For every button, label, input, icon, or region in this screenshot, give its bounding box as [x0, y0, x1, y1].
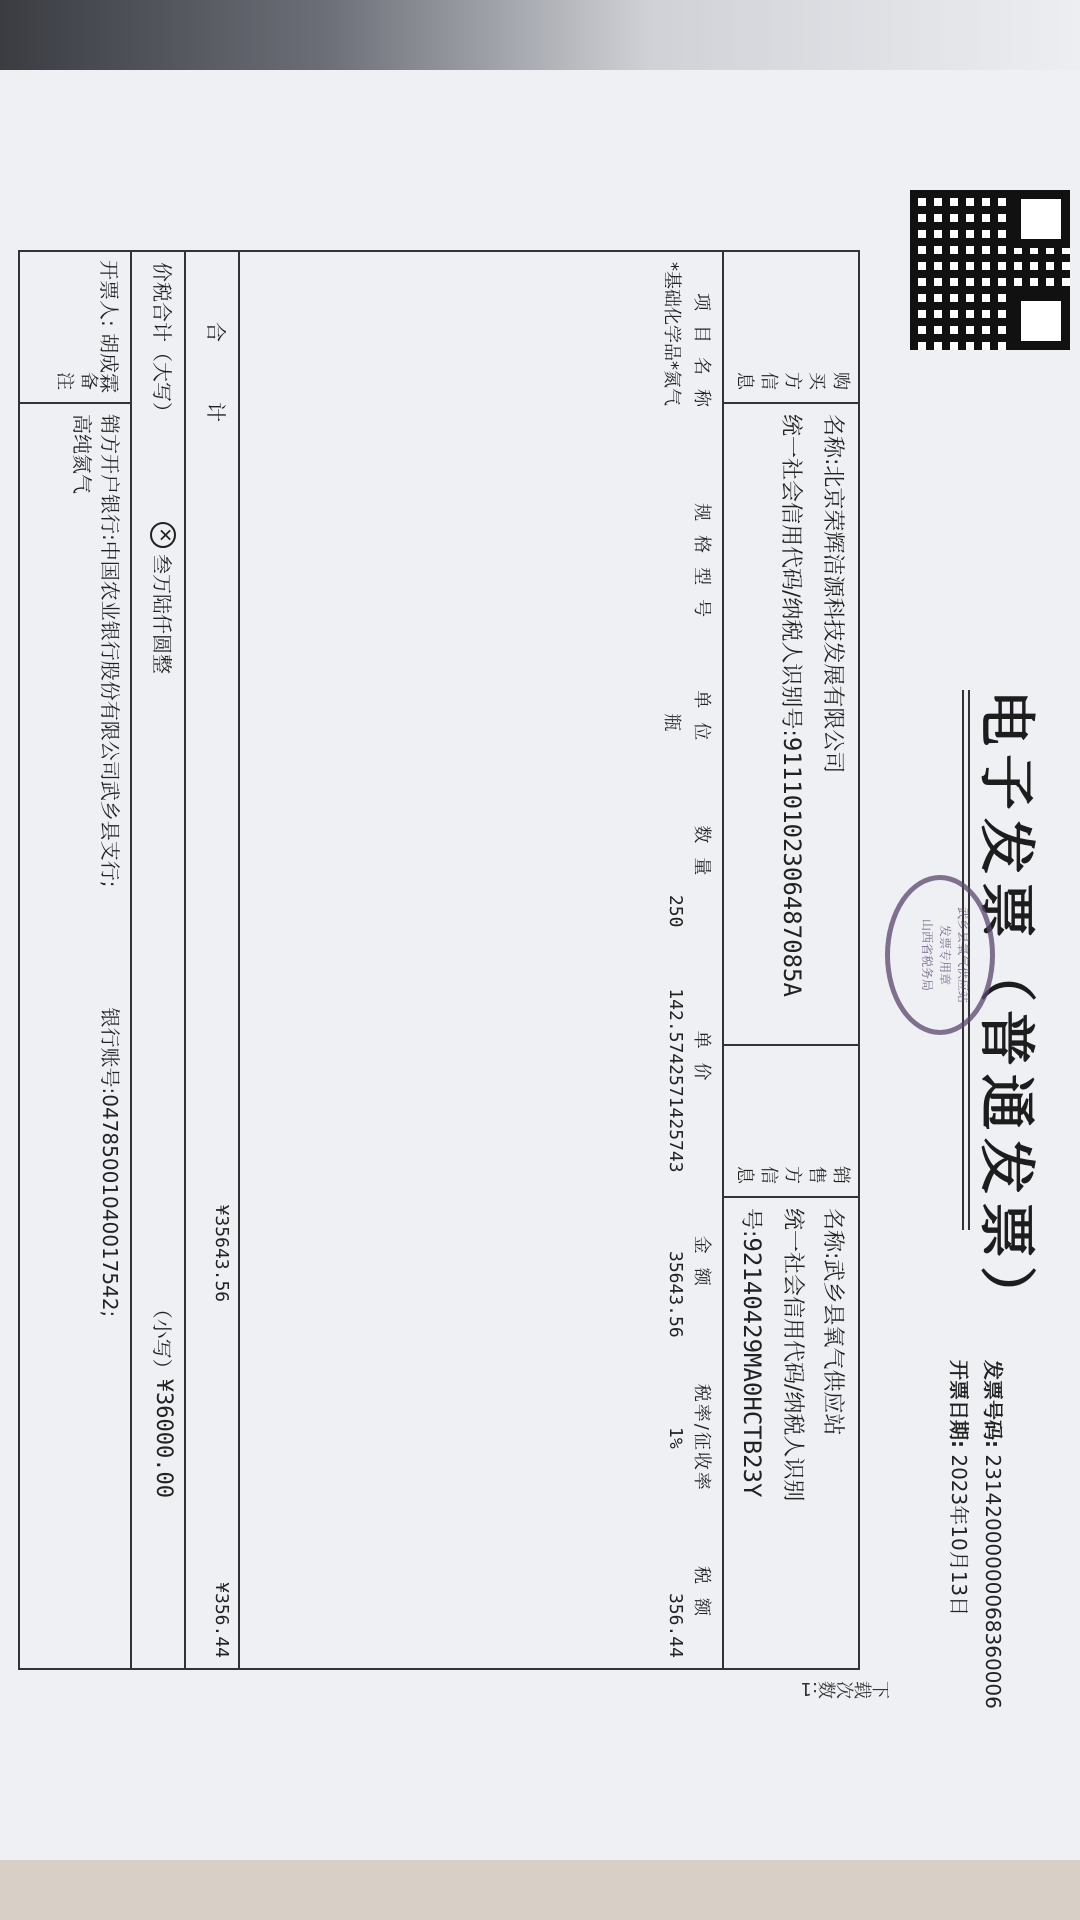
- grand-total-lower-label: （小写）: [149, 1299, 178, 1379]
- issuer-name: 胡成霖: [97, 333, 121, 393]
- invoice-document: 电子发票（普通发票） 武乡县氧气供应站 发票专用章 山西省税务局 发票号码: 2…: [90, 130, 1080, 1730]
- issue-date-label: 开票日期:: [947, 1360, 971, 1448]
- seal-line-3: 山西省税务局: [918, 880, 936, 1030]
- col-tax: 税额: [690, 1538, 716, 1658]
- item-quantity: 250: [660, 787, 686, 927]
- seal-line-2: 发票专用章: [936, 880, 954, 1030]
- official-seal: 武乡县氧气供应站 发票专用章 山西省税务局: [885, 875, 995, 1035]
- grand-total-cell: 价税合计（大写） ✕ 叁万陆仟圆整 （小写） ¥36000.00: [131, 251, 185, 1669]
- item-name: *基础化学品*氮气: [660, 262, 686, 452]
- qr-code: [910, 190, 1070, 350]
- issue-date-row: 开票日期: 2023年10月13日: [942, 1360, 976, 1709]
- remarks-row: 备注 销方开户银行:中国农业银行股份有限公司武乡县支行; 银行账号:047850…: [19, 251, 131, 1669]
- col-quantity: 数量: [690, 787, 716, 927]
- col-tax-rate: 税率/征收率: [690, 1363, 716, 1513]
- total-label: 合计: [203, 322, 232, 482]
- item-amount: 35643.56: [660, 1198, 686, 1338]
- grand-total: ¥36000.00: [151, 1379, 176, 1498]
- col-item-name: 项目名称: [690, 262, 716, 452]
- invoice-table: 购买方信息 名称:北京荣辉洁源科技发展有限公司 统一社会信用代码/纳税人识别号:…: [18, 250, 860, 1670]
- background-surface: [0, 1860, 1080, 1920]
- total-tax: ¥356.44: [203, 1582, 232, 1658]
- cross-circle-icon: ✕: [151, 522, 177, 548]
- remark-account: 银行账号:04785001040017542;: [96, 1007, 124, 1317]
- remarks-cell: 销方开户银行:中国农业银行股份有限公司武乡县支行; 银行账号:047850010…: [19, 403, 131, 1669]
- seller-name-label: 名称:: [820, 1208, 845, 1259]
- col-amount: 金额: [690, 1198, 716, 1338]
- buyer-tax-id: 91110102306487085A: [778, 737, 806, 997]
- col-unit: 单位: [690, 682, 716, 762]
- seller-section-label: 销售方信息: [723, 1045, 859, 1197]
- items-area: 项目名称 规格型号 单位 数量 单价 金额 税率/征收率 税额 *基础化学品*氮…: [239, 251, 723, 1669]
- total-cell: 合计 ¥35643.56 ¥356.44: [185, 251, 239, 1669]
- invoice-meta: 发票号码: 23142000000068360006 开票日期: 2023年10…: [942, 1360, 1010, 1709]
- parties-row: 购买方信息 名称:北京荣辉洁源科技发展有限公司 统一社会信用代码/纳税人识别号:…: [723, 251, 859, 1669]
- col-unit-price: 单价: [690, 953, 716, 1173]
- item-tax: 356.44: [660, 1538, 686, 1658]
- issue-date: 2023年10月13日: [947, 1454, 971, 1616]
- seller-name: 武乡县氧气供应站: [820, 1259, 845, 1435]
- item-unit-price: 142.5742571425743: [660, 953, 686, 1173]
- items-header: 项目名称 规格型号 单位 数量 单价 金额 税率/征收率 税额: [690, 262, 716, 1658]
- total-row: 合计 ¥35643.56 ¥356.44: [185, 251, 239, 1669]
- invoice-number-row: 发票号码: 23142000000068360006: [976, 1360, 1010, 1709]
- invoice-number: 23142000000068360006: [981, 1454, 1005, 1709]
- seal-line-1: 武乡县氧气供应站: [954, 880, 972, 1030]
- item-unit: 瓶: [660, 682, 686, 762]
- seller-tax-id: 92140429MA0HCTB23Y: [738, 1237, 766, 1497]
- background-desk: [0, 0, 1080, 70]
- grand-total-uppercase: 叁万陆仟圆整: [149, 554, 178, 674]
- download-count: 下载次数:1: [800, 1675, 890, 1701]
- invoice-number-label: 发票号码:: [981, 1360, 1005, 1448]
- buyer-tax-id-label: 统一社会信用代码/纳税人识别号:: [778, 414, 803, 737]
- seller-info: 名称:武乡县氧气供应站 统一社会信用代码/纳税人识别号:92140429MA0H…: [723, 1197, 859, 1669]
- item-tax-rate: 1%: [660, 1363, 686, 1513]
- col-spec: 规格型号: [690, 477, 716, 657]
- item-spec: [660, 477, 686, 657]
- items-row: 项目名称 规格型号 单位 数量 单价 金额 税率/征收率 税额 *基础化学品*氮…: [239, 251, 723, 1669]
- table-row: *基础化学品*氮气 瓶 250 142.5742571425743 35643.…: [660, 262, 686, 1658]
- issuer-label: 开票人:: [97, 260, 121, 327]
- buyer-name-label: 名称:: [820, 414, 845, 465]
- grand-total-row: 价税合计（大写） ✕ 叁万陆仟圆整 （小写） ¥36000.00: [131, 251, 185, 1669]
- grand-total-label: 价税合计（大写）: [149, 262, 178, 522]
- remark-bank: 销方开户银行:中国农业银行股份有限公司武乡县支行;: [96, 414, 124, 887]
- invoice-title: 电子发票（普通发票）: [970, 690, 1050, 1330]
- total-amount: ¥35643.56: [203, 1205, 232, 1303]
- buyer-name: 北京荣辉洁源科技发展有限公司: [820, 465, 845, 773]
- issuer-row: 开票人: 胡成霖: [96, 260, 125, 393]
- buyer-info: 名称:北京荣辉洁源科技发展有限公司 统一社会信用代码/纳税人识别号:911101…: [723, 403, 859, 1045]
- remark-product: 高纯氮气: [68, 414, 96, 1658]
- buyer-section-label: 购买方信息: [723, 251, 859, 403]
